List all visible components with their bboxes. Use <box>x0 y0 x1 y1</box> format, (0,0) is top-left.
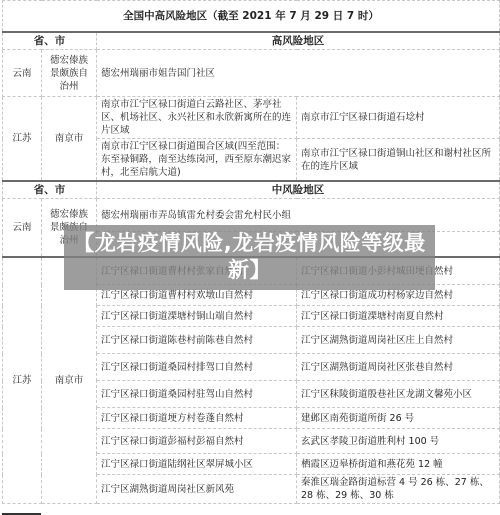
area-cell: 玄武区孝陵卫街道胜利村 100 号 <box>297 429 500 454</box>
header-region: 省、市 <box>3 32 97 50</box>
area-cell: 江宁区禄口街道桑园村驻驾山自然村 <box>97 381 297 408</box>
city-cell: 南京市 <box>42 257 97 504</box>
area-cell: 江宁区湖熟街道周岗社区新风苑 <box>97 475 297 504</box>
area-cell: 建邺区南苑街道所街 26 号 <box>297 408 500 429</box>
area-cell: 江宁区湖熟街道周岗社区张巷自然村 <box>297 354 500 381</box>
caption-overlay: 【龙岩疫情风险,龙岩疫情风险等级最新】 <box>64 225 435 290</box>
header-medium-risk: 中风险地区 <box>97 181 500 199</box>
city-cell: 南京市 <box>42 97 97 182</box>
province-cell: 云南 <box>3 199 42 258</box>
area-cell: 栖霞区迈皋桥街道和燕花苑 12 幢 <box>297 454 500 475</box>
area-cell: 江宁区禄口街道溧塘村铜山端自然村 <box>97 306 297 327</box>
area-cell: 南京市江宁区禄口街道铜山社区和谢村社区所在的连片区域 <box>297 139 500 182</box>
area-cell: 秦淮区瑞金路街道标营 4 号 26 栋、27 栋、28 栋、29 栋、30 栋 <box>297 475 500 504</box>
province-cell: 云南 <box>3 50 42 97</box>
city-cell: 德宏傣族景颇族自治州 <box>42 50 97 97</box>
area-cell: 江宁区湖熟街道周岗社区庄上自然村 <box>297 327 500 354</box>
area-cell: 江宁区禄口街道桑园村排驾口自然村 <box>97 354 297 381</box>
table-title: 全国中高风险地区（截至 2021 年 7 月 29 日 7 时） <box>3 1 500 33</box>
area-cell: 江宁区禄口街道埂方村卷蓬自然村 <box>97 408 297 429</box>
header-high-risk: 高风险地区 <box>97 32 500 50</box>
province-cell: 江苏 <box>3 97 42 182</box>
area-cell: 江宁区禄口街道溧塘村南夏自然村 <box>297 306 500 327</box>
area-cell: 德宏州瑞丽市姐告国门社区 <box>97 50 500 97</box>
area-cell: 江宁区禄口街道陆纲社区翠屏城小区 <box>97 454 297 475</box>
area-cell: 江宁区秣陵街道殷巷社区龙湖文馨苑小区 <box>297 381 500 408</box>
area-cell: 江宁区禄口街道彭福村彭福自然村 <box>97 429 297 454</box>
area-cell: 江宁区禄口街道陈巷村前陈巷自然村 <box>97 327 297 354</box>
header-region: 省、市 <box>3 181 97 199</box>
province-cell: 江苏 <box>3 257 42 504</box>
area-cell: 南京市江宁区禄口街道白云路社区、茅亭社区、机场社区、永兴社区和永欣新寓所在的连片… <box>97 97 297 139</box>
area-cell: 南京市江宁区禄口街道围合区域(四至范围：东至禄铜路，南至达练岗河，西至原东潮迟家… <box>97 139 297 182</box>
area-cell: 南京市江宁区禄口街道石埝村 <box>297 97 500 139</box>
